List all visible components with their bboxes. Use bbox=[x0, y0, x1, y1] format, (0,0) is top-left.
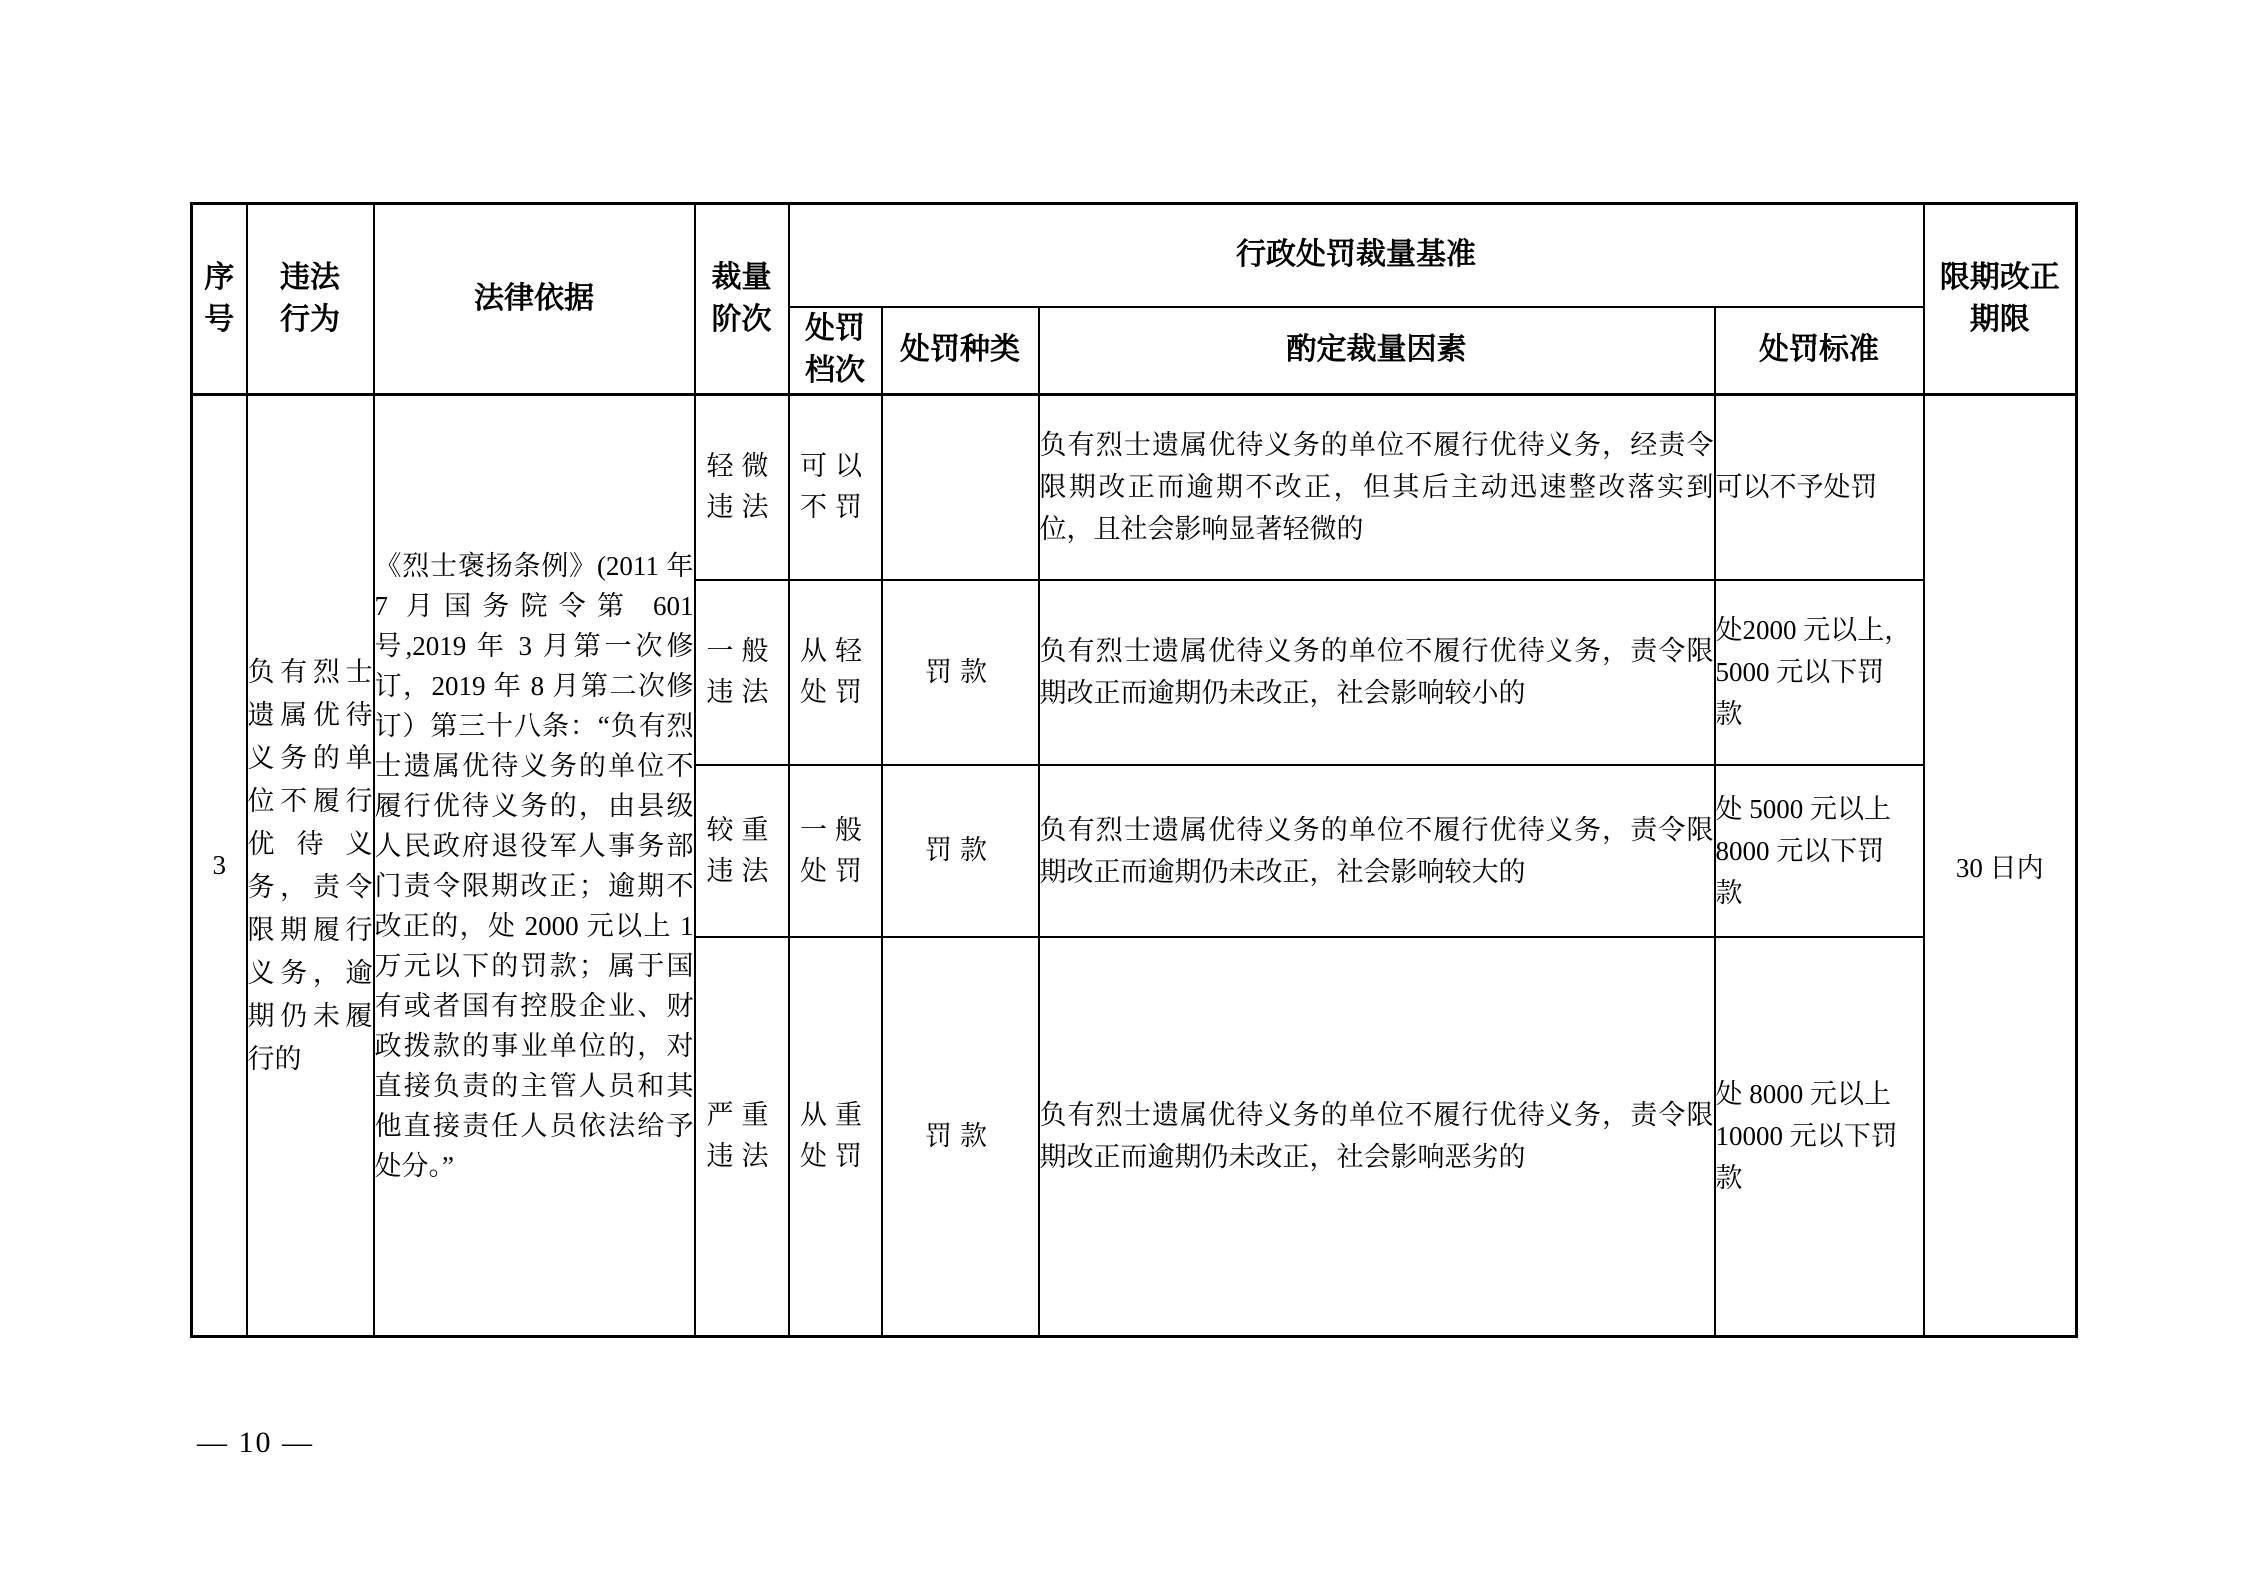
cell-level-general: 一般 违法 bbox=[695, 580, 789, 765]
cell-grade-general: 从轻 处罚 bbox=[789, 580, 882, 765]
cell-type-severe: 罚款 bbox=[882, 937, 1039, 1337]
cell-type-serious: 罚款 bbox=[882, 765, 1039, 937]
cell-grade-severe: 从重 处罚 bbox=[789, 937, 882, 1337]
cell-level-serious: 较重 违法 bbox=[695, 765, 789, 937]
table-row-minor: 3 负有烈士遗属优待义务的单位不履行优待义务，责令限期履行义务，逾期仍未履行的 … bbox=[192, 395, 2077, 580]
header-penalty-standard: 处罚标准 bbox=[1715, 307, 1924, 395]
header-serial-number: 序 号 bbox=[192, 204, 247, 395]
cell-violation: 负有烈士遗属优待义务的单位不履行优待义务，责令限期履行义务，逾期仍未履行的 bbox=[247, 395, 374, 1337]
cell-type-general: 罚款 bbox=[882, 580, 1039, 765]
cell-legal-basis: 《烈士褒扬条例》(2011 年 7 月国务院令第 601 号,2019 年 3 … bbox=[374, 395, 695, 1337]
header-penalty-grade: 处罚 档次 bbox=[789, 307, 882, 395]
cell-standard-general: 处2000 元以上， 5000 元以下罚 款 bbox=[1715, 580, 1924, 765]
header-discretion-level: 裁量 阶次 bbox=[695, 204, 789, 395]
header-legal-basis: 法律依据 bbox=[374, 204, 695, 395]
cell-standard-minor: 可以不予处罚 bbox=[1715, 395, 1924, 580]
cell-type-minor bbox=[882, 395, 1039, 580]
header-discretion-factors: 酌定裁量因素 bbox=[1039, 307, 1715, 395]
header-correction-deadline: 限期改正 期限 bbox=[1924, 204, 2077, 395]
header-group-penalty-basis: 行政处罚裁量基准 bbox=[789, 204, 1924, 307]
header-penalty-type: 处罚种类 bbox=[882, 307, 1039, 395]
cell-standard-serious: 处 5000 元以上 8000 元以下罚 款 bbox=[1715, 765, 1924, 937]
cell-level-minor: 轻微 违法 bbox=[695, 395, 789, 580]
cell-factors-severe: 负有烈士遗属优待义务的单位不履行优待义务，责令限期改正而逾期仍未改正，社会影响恶… bbox=[1039, 937, 1715, 1337]
header-violation: 违法 行为 bbox=[247, 204, 374, 395]
cell-grade-serious: 一般 处罚 bbox=[789, 765, 882, 937]
page-number: — 10 — bbox=[197, 1425, 314, 1461]
cell-serial-number: 3 bbox=[192, 395, 247, 1337]
cell-correction-deadline: 30 日内 bbox=[1924, 395, 2077, 1337]
cell-level-severe: 严重 违法 bbox=[695, 937, 789, 1337]
cell-factors-minor: 负有烈士遗属优待义务的单位不履行优待义务，经责令限期改正而逾期不改正，但其后主动… bbox=[1039, 395, 1715, 580]
cell-grade-minor: 可以 不罚 bbox=[789, 395, 882, 580]
cell-factors-general: 负有烈士遗属优待义务的单位不履行优待义务，责令限期改正而逾期仍未改正，社会影响较… bbox=[1039, 580, 1715, 765]
cell-factors-serious: 负有烈士遗属优待义务的单位不履行优待义务，责令限期改正而逾期仍未改正，社会影响较… bbox=[1039, 765, 1715, 937]
cell-standard-severe: 处 8000 元以上 10000 元以下罚 款 bbox=[1715, 937, 1924, 1337]
table-header: 序 号 违法 行为 法律依据 裁量 阶次 行政处罚裁量基准 限期改正 期限 处罚… bbox=[192, 204, 2077, 395]
penalty-discretion-table: 序 号 违法 行为 法律依据 裁量 阶次 行政处罚裁量基准 限期改正 期限 处罚… bbox=[190, 202, 2078, 1338]
table-body: 3 负有烈士遗属优待义务的单位不履行优待义务，责令限期履行义务，逾期仍未履行的 … bbox=[192, 395, 2077, 1337]
